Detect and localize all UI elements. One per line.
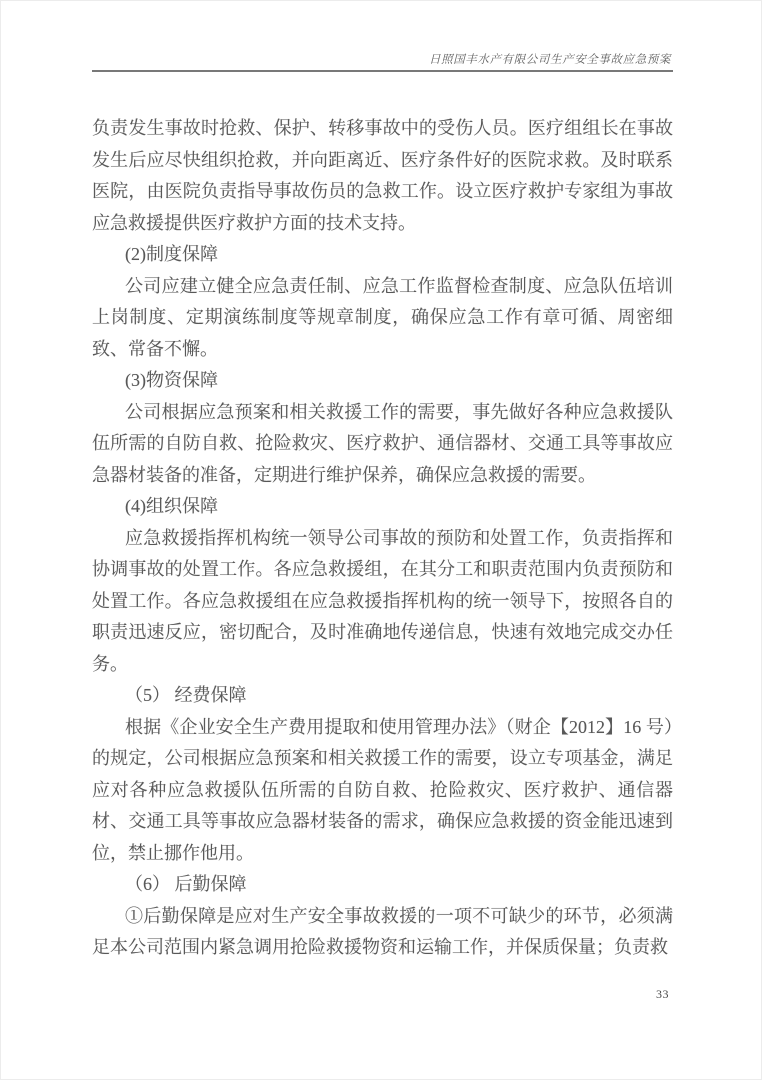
body-paragraph: 负责发生事故时抢救、保护、转移事故中的受伤人员。医疗组组长在事故发生后应尽快组织…	[92, 113, 673, 239]
header-rule	[92, 70, 673, 72]
body-paragraph: 公司应建立健全应急责任制、应急工作监督检查制度、应急队伍培训上岗制度、定期演练制…	[92, 271, 673, 366]
section-heading: (3)物资保障	[92, 365, 673, 397]
body-paragraph: 公司根据应急预案和相关救援工作的需要，事先做好各种应急救援队伍所需的自防自救、抢…	[92, 397, 673, 492]
section-heading: (2)制度保障	[92, 239, 673, 271]
body-paragraph: 根据《企业安全生产费用提取和使用管理办法》（财企【2012】16 号）的规定，公…	[92, 712, 673, 870]
body-paragraph: ①后勤保障是应对生产安全事故救援的一项不可缺少的环节，必须满足本公司范围内紧急调…	[92, 901, 673, 964]
header-title: 日照国丰水产有限公司生产安全事故应急预案	[429, 51, 671, 67]
section-heading: (4)组织保障	[92, 491, 673, 523]
section-heading: （6） 后勤保障	[92, 869, 673, 901]
body-paragraph: 应急救援指挥机构统一领导公司事故的预防和处置工作，负责指挥和协调事故的处置工作。…	[92, 523, 673, 681]
document-page: 日照国丰水产有限公司生产安全事故应急预案 负责发生事故时抢救、保护、转移事故中的…	[0, 0, 762, 1080]
section-heading: （5） 经费保障	[92, 680, 673, 712]
page-number: 33	[656, 987, 669, 1002]
document-body: 负责发生事故时抢救、保护、转移事故中的受伤人员。医疗组组长在事故发生后应尽快组织…	[92, 113, 673, 964]
